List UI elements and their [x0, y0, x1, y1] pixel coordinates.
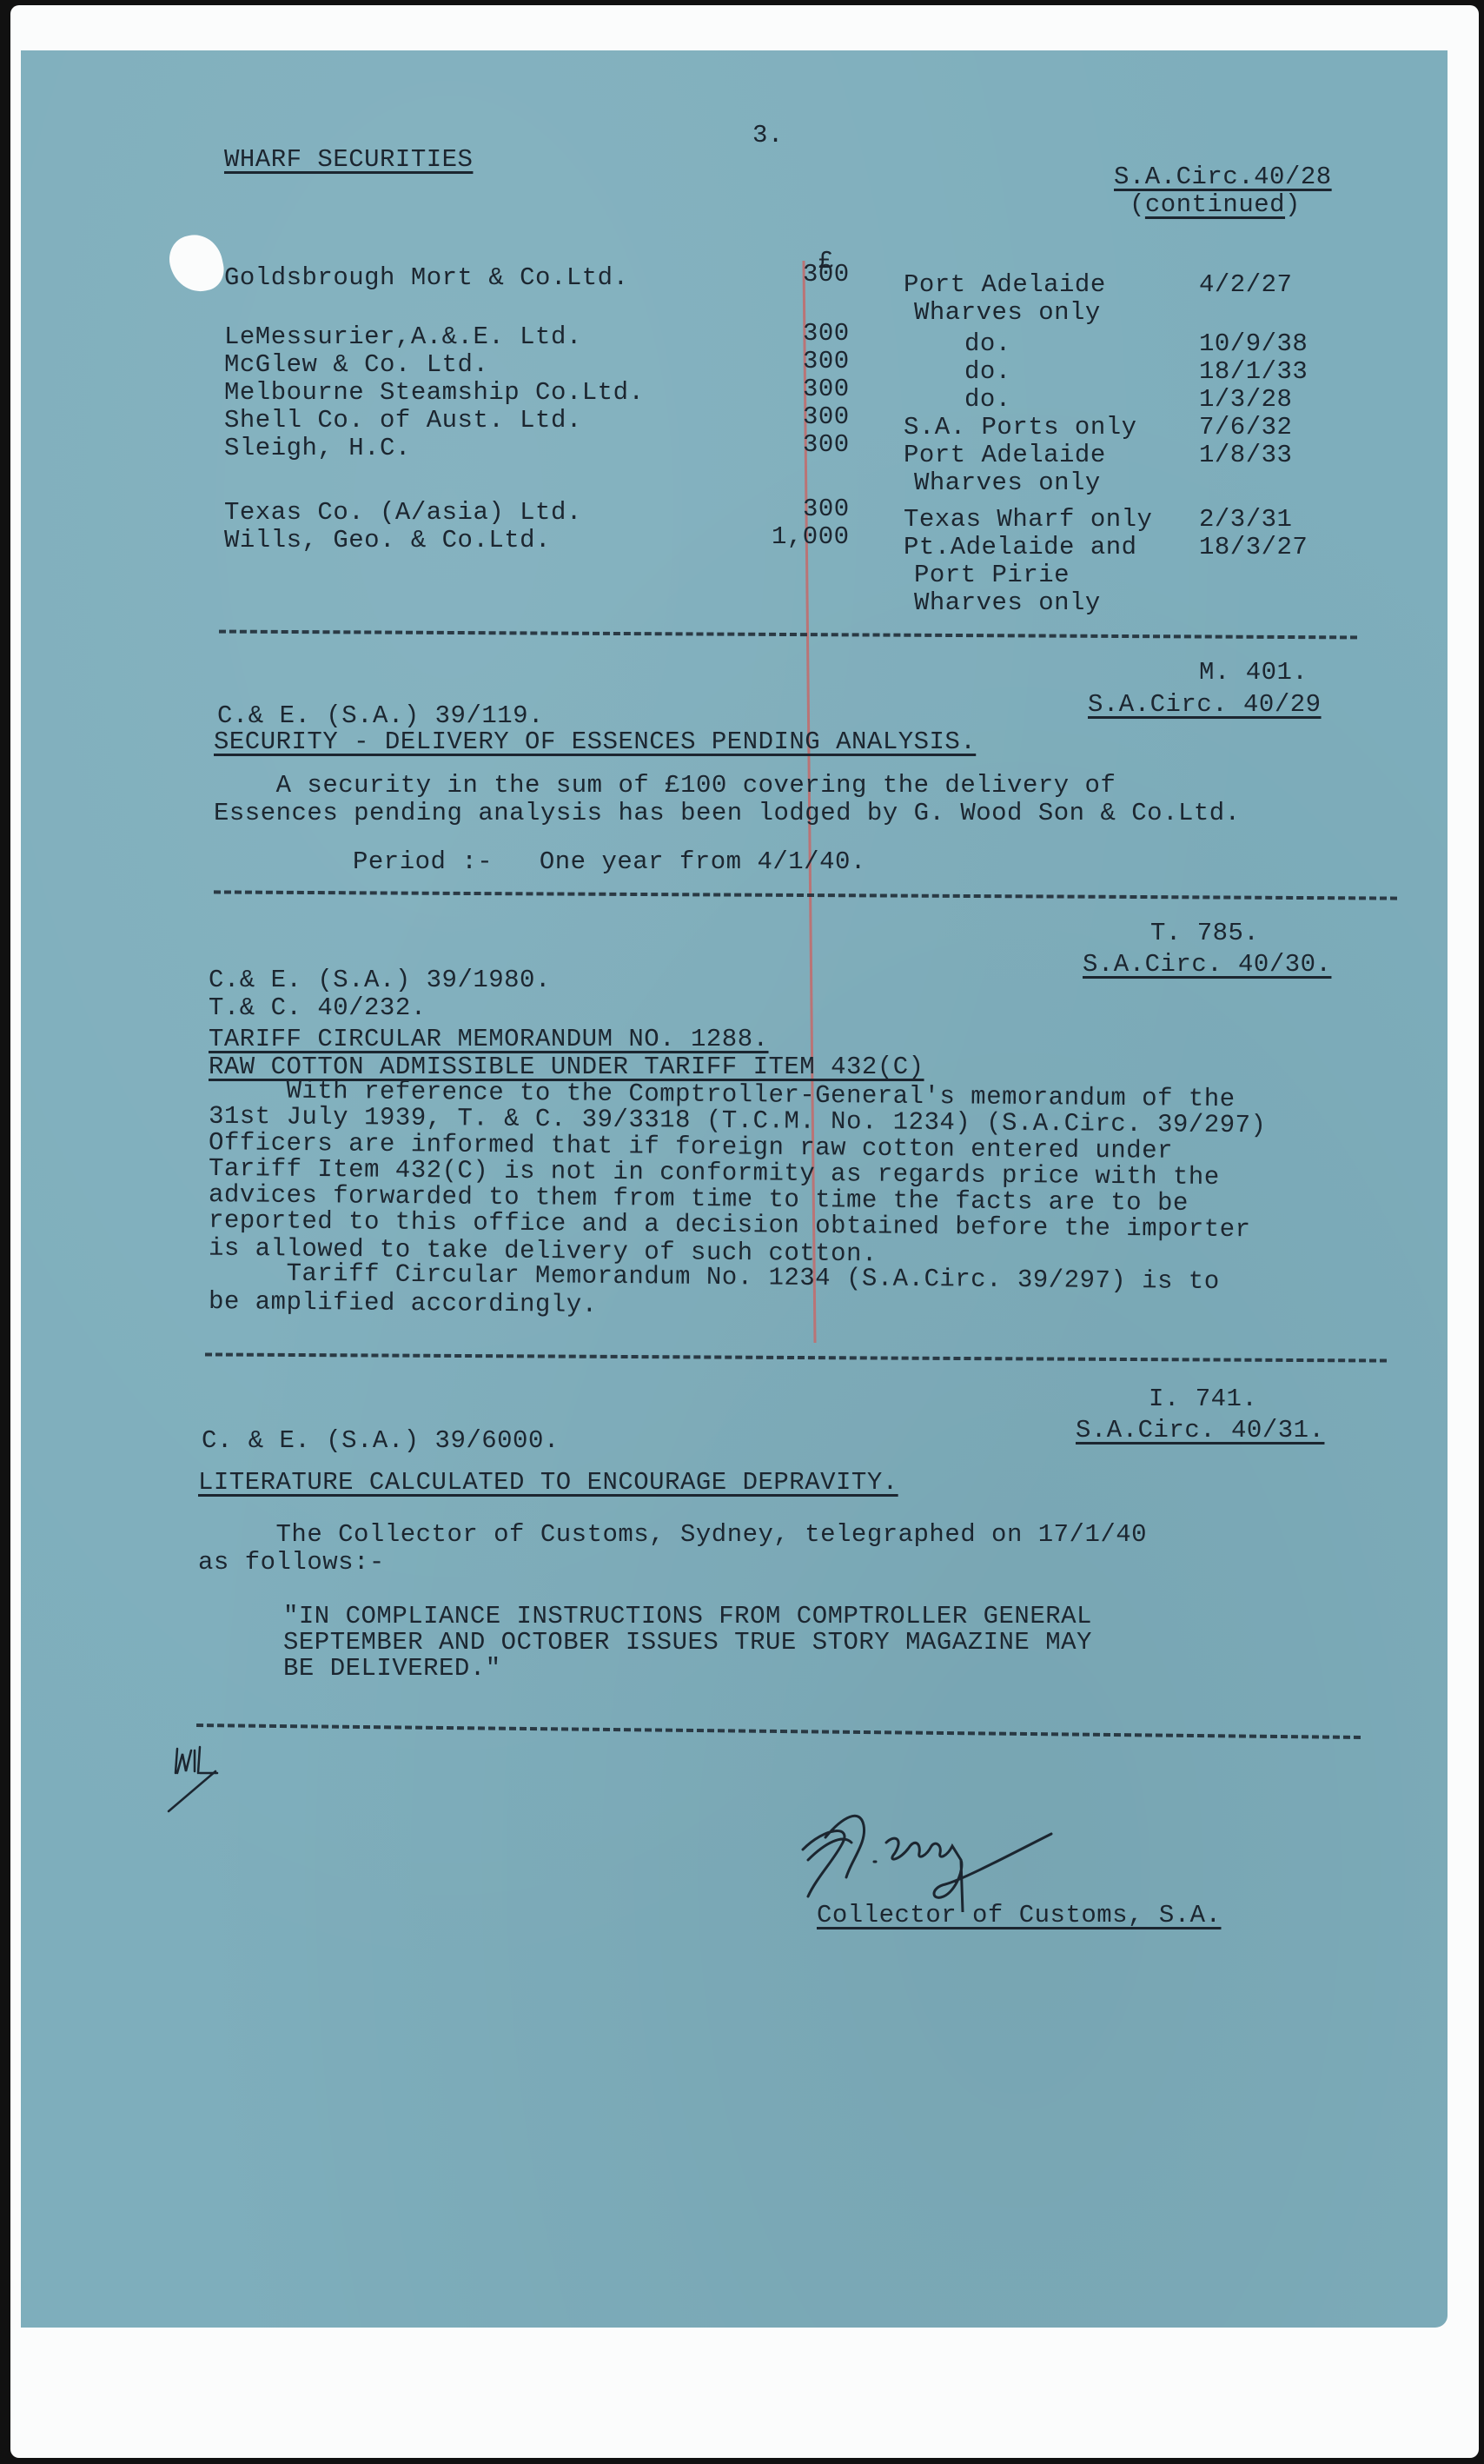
lodged-date: 2/3/31 [1199, 506, 1292, 534]
circ-code: M. 401. [1199, 659, 1308, 687]
company-name: Goldsbrough Mort & Co.Ltd. [224, 264, 628, 292]
page-number: 3. [752, 122, 784, 149]
restriction-cont: Wharves only [914, 589, 1101, 617]
company-name: Sleigh, H.C. [224, 435, 411, 462]
lodged-date: 1/3/28 [1199, 386, 1292, 414]
security-amount: 1,000 [772, 523, 850, 551]
restriction: Texas Wharf only [904, 506, 1152, 534]
quote-line: BE DELIVERED." [283, 1655, 501, 1683]
paper-hole [165, 229, 228, 296]
security-amount: 300 [803, 403, 850, 431]
restriction: S.A. Ports only [904, 414, 1137, 442]
security-amount: 300 [803, 431, 850, 459]
restriction-cont: Wharves only [914, 299, 1101, 327]
lodged-date: 4/2/27 [1199, 271, 1292, 299]
body-text: A security in the sum of £100 covering t… [214, 772, 1116, 800]
file-reference: C. & E. (S.A.) 39/6000. [202, 1427, 560, 1455]
file-reference: C.& E. (S.A.) 39/119. [217, 702, 544, 730]
company-name: Melbourne Steamship Co.Ltd. [224, 379, 644, 407]
restriction: Port Adelaide [904, 442, 1106, 469]
restriction: do. [964, 358, 1011, 386]
section-heading-wharf-securities: WHARF SECURITIES [224, 146, 473, 174]
initials-mark [165, 1738, 235, 1821]
security-amount: 300 [803, 348, 850, 375]
quote-line: SEPTEMBER AND OCTOBER ISSUES TRUE STORY … [283, 1629, 1092, 1657]
restriction: Pt.Adelaide and [904, 534, 1137, 561]
circular-title: LITERATURE CALCULATED TO ENCOURAGE DEPRA… [198, 1469, 898, 1497]
body-text: as follows:- [198, 1549, 385, 1577]
continued-label: continued [1145, 190, 1285, 219]
restriction-cont: Wharves only [914, 469, 1101, 497]
restriction: do. [964, 386, 1011, 414]
file-reference-2: T.& C. 40/232. [209, 994, 427, 1022]
lodged-date: 18/3/27 [1199, 534, 1308, 561]
circ-ref-40-28: S.A.Circ.40/28 [1114, 163, 1332, 191]
body-text: The Collector of Customs, Sydney, telegr… [198, 1521, 1147, 1549]
circ-code: T. 785. [1150, 920, 1259, 947]
circ-ref-40-29: S.A.Circ. 40/29 [1088, 691, 1322, 719]
security-amount: 300 [803, 495, 850, 523]
company-name: Shell Co. of Aust. Ltd. [224, 407, 582, 435]
quote-line: "IN COMPLIANCE INSTRUCTIONS FROM COMPTRO… [283, 1603, 1092, 1630]
period-text: Period :- One year from 4/1/40. [353, 848, 866, 876]
lodged-date: 10/9/38 [1199, 330, 1308, 358]
security-amount: 300 [803, 320, 850, 348]
restriction-cont: Port Pirie [914, 561, 1070, 589]
body-text: Essences pending analysis has been lodge… [214, 800, 1241, 827]
company-name: McGlew & Co. Ltd. [224, 351, 488, 379]
signatory-title: Collector of Customs, S.A. [817, 1902, 1221, 1929]
body-line: be amplified accordingly. [209, 1288, 598, 1319]
circular-title: TARIFF CIRCULAR MEMORANDUM NO. 1288. [209, 1026, 769, 1053]
restriction: Port Adelaide [904, 271, 1106, 299]
company-name: Wills, Geo. & Co.Ltd. [224, 527, 551, 555]
circ-continued-note: (continued) [1130, 191, 1301, 219]
company-name: LeMessurier,A.&.E. Ltd. [224, 323, 582, 351]
circ-ref-40-31: S.A.Circ. 40/31. [1076, 1417, 1324, 1445]
circ-ref-40-30: S.A.Circ. 40/30. [1083, 951, 1331, 979]
circ-code: I. 741. [1149, 1385, 1257, 1413]
lodged-date: 7/6/32 [1199, 414, 1292, 442]
company-name: Texas Co. (A/asia) Ltd. [224, 499, 582, 527]
security-amount: 300 [803, 261, 850, 289]
file-reference: C.& E. (S.A.) 39/1980. [209, 966, 551, 994]
security-amount: 300 [803, 375, 850, 403]
lodged-date: 1/8/33 [1199, 442, 1292, 469]
restriction: do. [964, 330, 1011, 358]
lodged-date: 18/1/33 [1199, 358, 1308, 386]
circular-title: SECURITY - DELIVERY OF ESSENCES PENDING … [214, 728, 976, 756]
